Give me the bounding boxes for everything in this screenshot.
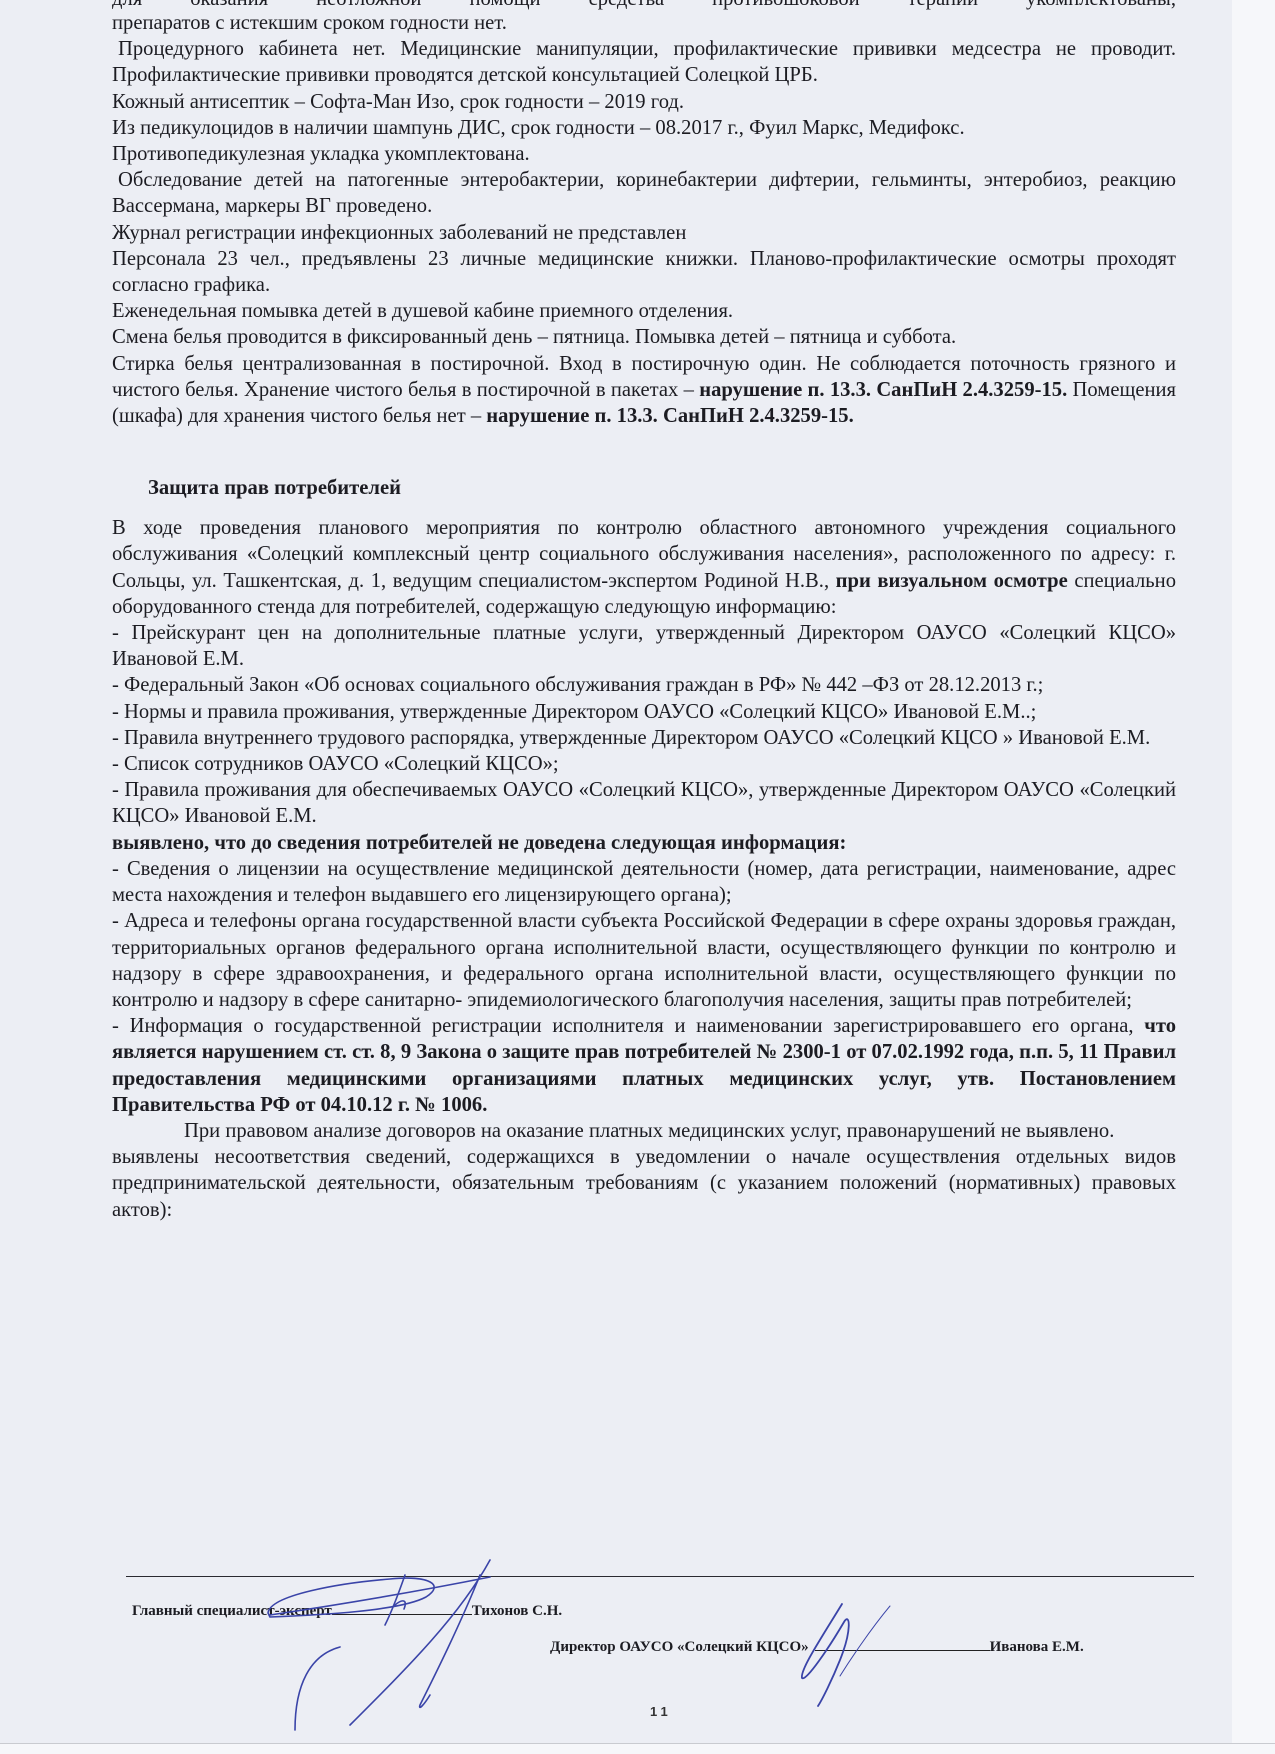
paragraph: Кожный антисептик – Софта-Ман Изо, срок … [112, 89, 1176, 115]
director-name: Иванова Е.М. [990, 1639, 1084, 1655]
emphasis: при визуальном осмотре [836, 570, 1068, 592]
paragraph: Персонала 23 чел., предъявлены 23 личные… [112, 246, 1176, 298]
paragraph: Журнал регистрации инфекционных заболева… [112, 220, 1176, 246]
director-handwritten-signature-icon [790, 1600, 910, 1710]
director-title: Директор ОАУСО «Солецкий КЦСО» [550, 1639, 809, 1655]
paragraph: Смена белья проводится в фиксированный д… [112, 324, 1176, 350]
contracts-paragraph: При правовом анализе договоров на оказан… [112, 1118, 1176, 1144]
list-item: - Правила проживания для обеспечиваемых … [112, 777, 1176, 829]
spacer [112, 429, 1176, 475]
list-item: - Список сотрудников ОАУСО «Солецкий КЦС… [112, 751, 1176, 777]
violation-reference: нарушение п. 13.3. СанПиН 2.4.3259-15. [486, 405, 853, 427]
page-number: 11 [650, 1704, 672, 1719]
paragraph: Из педикулоцидов в наличии шампунь ДИС, … [112, 115, 1176, 141]
cut-off-line: для оказания неотложной помощи средства … [112, 0, 1176, 10]
paragraph: Противопедикулезная укладка укомплектова… [112, 141, 1176, 167]
list-item: - Нормы и правила проживания, утвержденн… [112, 699, 1176, 725]
list-item: - Сведения о лицензии на осуществление м… [112, 856, 1176, 908]
discrepancy-paragraph: выявлены несоответствия сведений, содерж… [112, 1144, 1176, 1223]
paragraph: Процедурного кабинета нет. Медицинские м… [112, 36, 1176, 88]
list-item: - Адреса и телефоны органа государственн… [112, 908, 1176, 1013]
list-item: - Правила внутреннего трудового распоряд… [112, 725, 1176, 751]
inspector-handwritten-signature-icon [230, 1555, 560, 1735]
registration-paragraph: - Информация о государственной регистрац… [112, 1013, 1176, 1118]
paragraph: препаратов с истекшим сроком годности не… [112, 10, 1176, 36]
list-item: - Федеральный Закон «Об основах социальн… [112, 672, 1176, 698]
paragraph: Еженедельная помывка детей в душевой каб… [112, 298, 1176, 324]
cut-off-text: для оказания неотложной помощи средства … [112, 0, 1176, 10]
paragraph: Обследование детей на патогенные энтероб… [112, 167, 1176, 219]
section-title: Защита прав потребителей [112, 475, 1176, 501]
list-item: - Прейскурант цен на дополнительные плат… [112, 620, 1176, 672]
page-edge [0, 1743, 1275, 1744]
intro-paragraph: В ходе проведения планового мероприятия … [112, 515, 1176, 620]
violation-reference: нарушение п. 13.3. СанПиН 2.4.3259-15. [699, 379, 1067, 401]
document-body: для оказания неотложной помощи средства … [112, 4, 1176, 1223]
laundry-paragraph: Стирка белья централизованная в постироч… [112, 351, 1176, 430]
registration-text: - Информация о государственной регистрац… [112, 1015, 1144, 1037]
finding-heading: выявлено, что до сведения потребителей н… [112, 830, 1176, 856]
